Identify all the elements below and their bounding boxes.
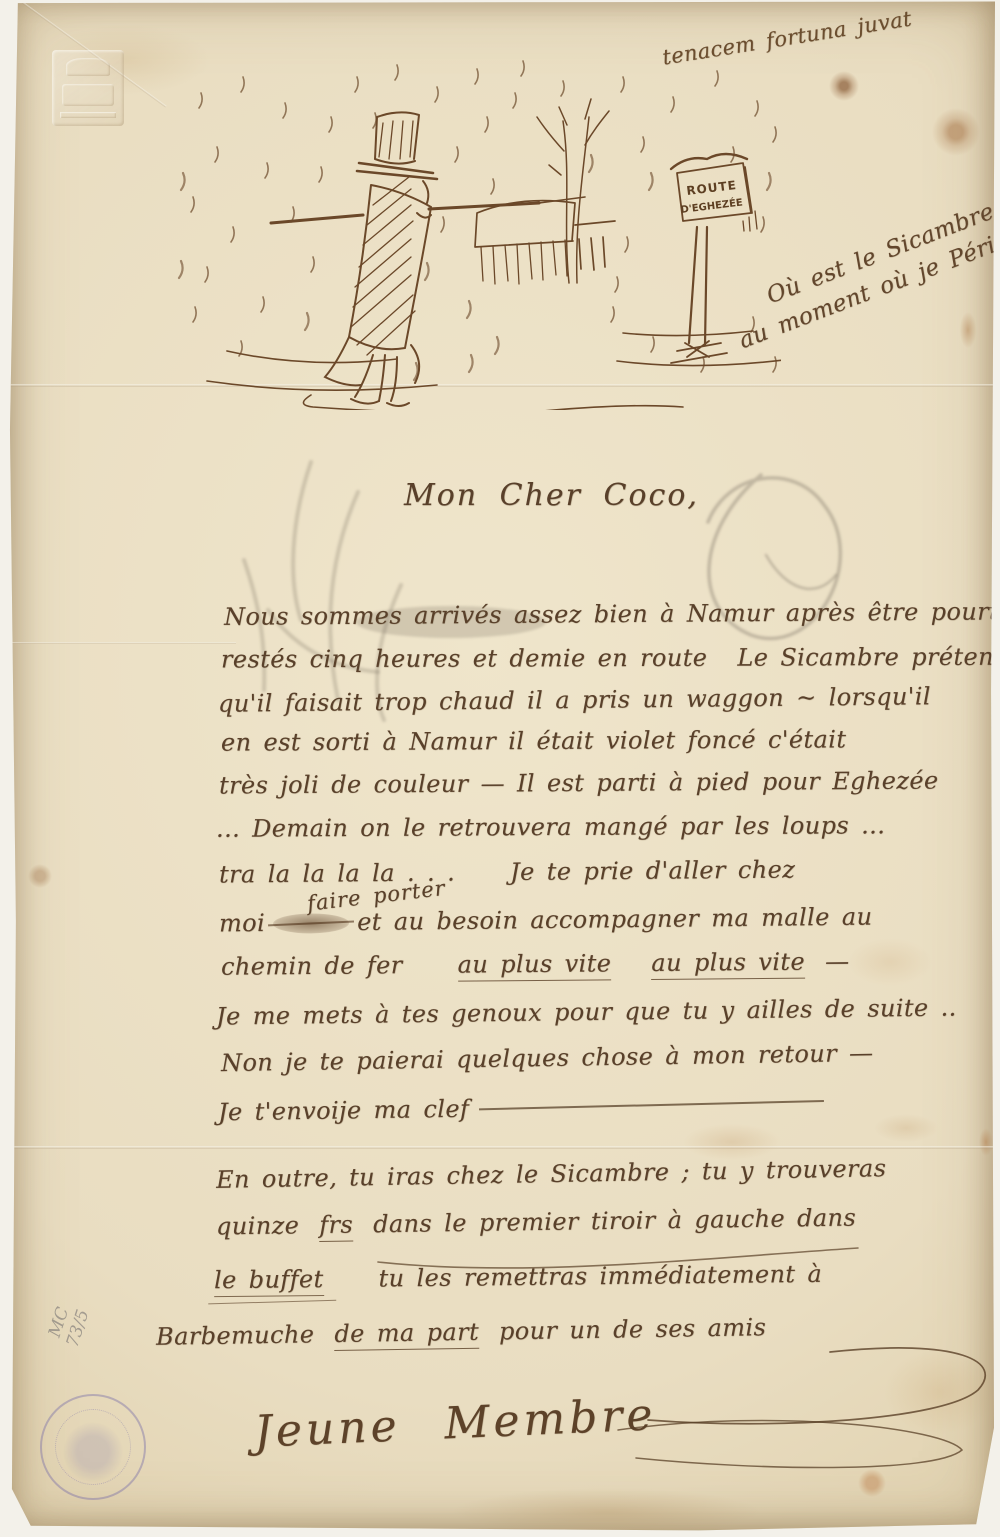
sketch-tree [537,99,609,283]
letter-line: En outre, tu iras chez le Sicambre ; tu … [216,1154,887,1194]
ink-sketch: ROUTE D'EGHEZÉE [171,55,781,410]
line-text: Je t'envoije ma clef [218,1095,470,1127]
line-text: — [825,947,850,975]
letter-line: le buffettu les remettras immédiatement … [214,1260,822,1294]
pencil-inventory-note: MC 73/5 [45,1301,94,1349]
sketch-traveler [271,112,585,406]
fold-crease [6,384,996,387]
round-collection-stamp [40,1394,146,1500]
crossed-out-word [273,913,349,934]
sketch-ground [207,331,781,410]
line-text: chemin de fer [221,951,403,981]
sketch-fence [475,201,615,284]
letter-line: ... Demain on le retrouvera mangé par le… [216,811,885,843]
underlined-phrase: de ma part [334,1318,479,1351]
line-text: et au besoin accompagner ma malle au [357,903,873,936]
letter-line: très joli de couleur — Il est parti à pi… [219,766,939,799]
letter-line: en est sorti à Namur il était violet fon… [221,725,846,756]
letter-paper-sheet: ROUTE D'EGHEZÉE tenacem fortuna juvat Où… [6,0,996,1535]
line-text: moi [219,909,265,937]
fold-crease [6,642,236,644]
letter-line: tra la la la la . . .Je te prie d'aller … [219,855,795,888]
salutation: Mon Cher Coco, [404,478,699,513]
latin-motto: tenacem fortuna juvat [661,6,914,69]
letter-line: Non je te paierai quelques chose à mon r… [221,1039,874,1077]
diagonal-side-note: Où est le Sicambre au moment où je Péris [724,198,1000,354]
signature: Jeune Membre [253,1389,657,1458]
letter-line: moiet au besoin accompagner ma malle au … [219,903,873,938]
letter-line: Nous sommes arrivés assez bien à Namur a… [224,597,1000,631]
crest-shield-shape [62,84,114,106]
letter-line: Je me mets à tes genoux pour que tu y ai… [216,993,957,1030]
fold-crease [6,1146,996,1149]
embossed-crest-stamp [52,50,124,126]
line-text: pour un de ses amis [499,1313,767,1345]
line-text: Le Sicambre prétendait [737,643,1000,672]
long-dash-rule [479,1100,824,1110]
letter-line: chemin de ferau plus viteau plus vite— [221,947,850,980]
letter-line: quinzefrsdans le premier tiroir à gauche… [216,1204,856,1241]
scanned-letter: ROUTE D'EGHEZÉE tenacem fortuna juvat Où… [0,0,1000,1537]
line-text: dans le premier tiroir à gauche dans [373,1204,856,1239]
crest-base-shape [60,112,116,118]
line-text: quinze [216,1211,300,1240]
letter-line: Barbemuchede ma partpour un de ses amis [156,1313,767,1351]
underlined-phrase: le buffet [214,1265,324,1297]
letter-line: qu'il faisait trop chaud il a pris un wa… [218,682,931,717]
sign-text-destination: D'EGHEZÉE [680,195,744,216]
underlined-phrase: frs [319,1211,353,1242]
line-text: Je te prie d'aller chez [510,855,795,885]
underlined-phrase: au plus vite [457,949,611,981]
letter-line: restés cinq heures et demie en routeLe S… [221,643,1000,674]
underlined-phrase: au plus vite [651,948,805,980]
sign-text-route: ROUTE [686,178,738,198]
crest-crown-shape [66,58,110,76]
line-text: Barbemuche [156,1320,315,1350]
sketch-rain [179,61,776,380]
letter-line: Je t'envoije ma clef [218,1090,825,1126]
line-text: tu les remettras immédiatement à [378,1260,822,1293]
line-text: restés cinq heures et demie en route [221,644,707,674]
